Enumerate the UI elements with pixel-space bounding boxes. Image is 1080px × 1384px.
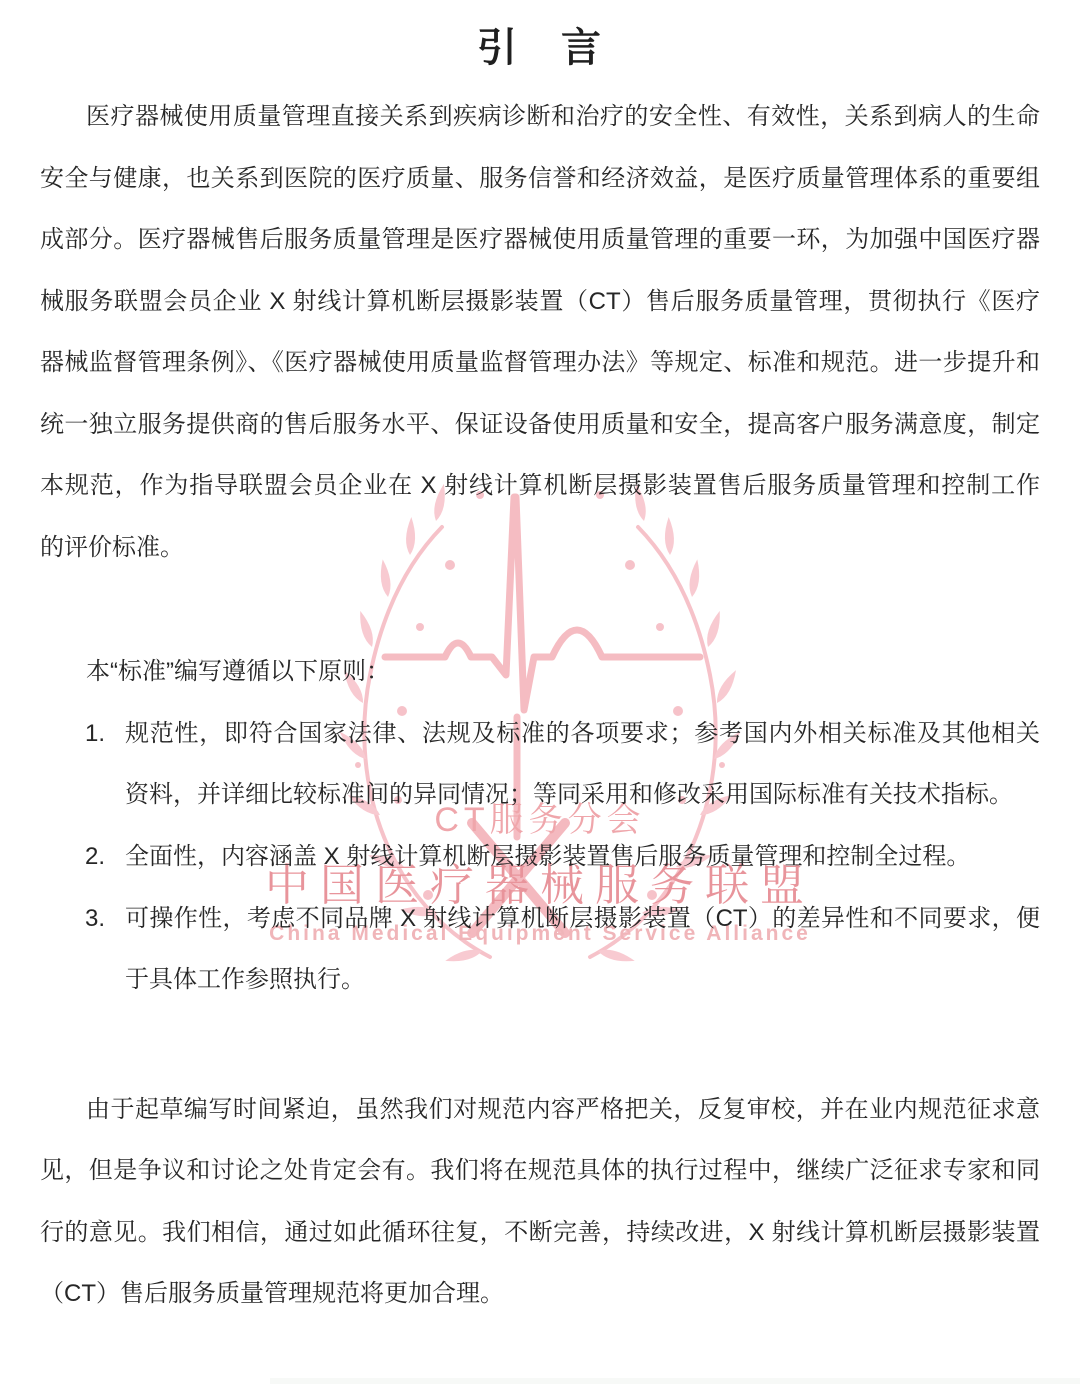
paragraph2-line: （CT）售后服务质量管理规范将更加合理。	[40, 1263, 1040, 1325]
list-item-line: 可操作性，考虑不同品牌 X 射线计算机断层摄影装置（CT）的差异性和不同要求，便	[125, 888, 1040, 950]
list-item-line: 全面性，内容涵盖 X 射线计算机断层摄影装置售后服务质量管理和控制全过程。	[125, 826, 1040, 888]
footer-divider	[270, 1378, 1080, 1384]
principles-intro: 本“标准”编写遵循以下原则：	[40, 641, 1040, 703]
paragraph1-line: 统一独立服务提供商的售后服务水平、保证设备使用质量和安全，提高客户服务满意度，制…	[40, 394, 1040, 456]
document-content: 引 言 医疗器械使用质量管理直接关系到疾病诊断和治疗的安全性、有效性，关系到病人…	[0, 0, 1080, 1384]
list-item-line: 规范性，即符合国家法律、法规及标准的各项要求；参考国内外相关标准及其他相关	[125, 703, 1040, 765]
list-item-line: 资料，并详细比较标准间的异同情况；等同采用和修改采用国际标准有关技术指标。	[125, 764, 1040, 826]
list-item-number: 2.	[85, 826, 125, 888]
paragraph1-line: 医疗器械使用质量管理直接关系到疾病诊断和治疗的安全性、有效性，关系到病人的生命	[40, 86, 1040, 148]
document-page: CT服务分会 中国医疗器械服务联盟 China Medical Equipmen…	[0, 0, 1080, 1384]
paragraph1-line: 安全与健康，也关系到医院的医疗质量、服务信誉和经济效益，是医疗质量管理体系的重要…	[40, 148, 1040, 210]
list-item-number: 1.	[85, 703, 125, 765]
paragraph1-line: 的评价标准。	[40, 517, 1040, 579]
paragraph1-line: 械服务联盟会员企业 X 射线计算机断层摄影装置（CT）售后服务质量管理，贯彻执行…	[40, 271, 1040, 333]
page-title: 引 言	[0, 22, 1080, 74]
list-item-line: 于具体工作参照执行。	[125, 949, 1040, 1011]
paragraph1-line: 本规范，作为指导联盟会员企业在 X 射线计算机断层摄影装置售后服务质量管理和控制…	[40, 455, 1040, 517]
paragraph2-line: 行的意见。我们相信，通过如此循环往复，不断完善，持续改进，X 射线计算机断层摄影…	[40, 1202, 1040, 1264]
paragraph2-line: 见，但是争议和讨论之处肯定会有。我们将在规范具体的执行过程中，继续广泛征求专家和…	[40, 1140, 1040, 1202]
paragraph1-line: 器械监督管理条例》、《医疗器械使用质量监督管理办法》等规定、标准和规范。进一步提…	[40, 332, 1040, 394]
list-item-number: 3.	[85, 888, 125, 950]
paragraph2-line: 由于起草编写时间紧迫，虽然我们对规范内容严格把关，反复审校，并在业内规范征求意	[40, 1079, 1040, 1141]
paragraph1-line: 成部分。医疗器械售后服务质量管理是医疗器械使用质量管理的重要一环，为加强中国医疗…	[40, 209, 1040, 271]
